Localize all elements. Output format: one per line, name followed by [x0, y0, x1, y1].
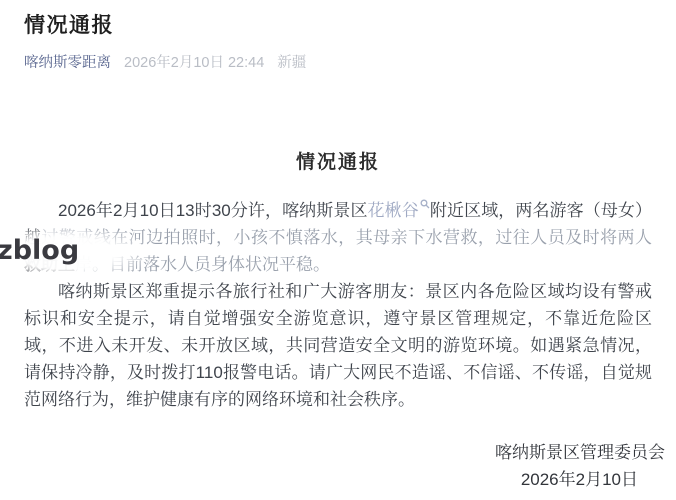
- notice-body: 2026年2月10日13时30分许，喀纳斯景区花楸谷附近区域，两名游客（母女）越…: [24, 197, 652, 493]
- signature-date: 2026年2月10日: [24, 466, 665, 493]
- topic-link[interactable]: 花楸谷: [368, 201, 430, 220]
- post-location: 新疆: [277, 54, 306, 72]
- search-icon: [420, 199, 430, 209]
- notice-paragraph-1: 2026年2月10日13时30分许，喀纳斯景区花楸谷附近区域，两名游客（母女）越…: [24, 197, 652, 278]
- notice-paragraph-2: 喀纳斯景区郑重提示各旅行社和广大游客朋友：景区内各危险区域均设有警戒标识和安全提…: [24, 278, 652, 413]
- article-page: 情况通报 喀纳斯零距离 2026年2月10日 22:44 新疆 情况通报 202…: [0, 0, 676, 500]
- post-header: 情况通报 喀纳斯零距离 2026年2月10日 22:44 新疆: [24, 13, 652, 72]
- author-link[interactable]: 喀纳斯零距离: [24, 54, 111, 72]
- p1-faded: 过警戒线在河边拍照时，小孩不慎落水，其母亲下水营救，过往人员及时将两人: [41, 228, 652, 247]
- notice-title: 情况通报: [0, 151, 676, 175]
- notice-signature: 喀纳斯景区管理委员会 2026年2月10日: [24, 439, 665, 493]
- post-meta: 喀纳斯零距离 2026年2月10日 22:44 新疆: [24, 54, 652, 72]
- signature-org: 喀纳斯景区管理委员会: [24, 439, 665, 466]
- p1-faded-tail: 岸。目前落水人员身体状况平稳。: [75, 255, 330, 274]
- p1-lead: 2026年2月10日13时30分许，喀纳斯景区: [58, 201, 368, 220]
- post-time: 2026年2月10日 22:44: [124, 54, 264, 72]
- watermark-text: zblog: [0, 236, 79, 266]
- post-title: 情况通报: [24, 13, 652, 39]
- topic-link-label: 花楸谷: [368, 201, 419, 220]
